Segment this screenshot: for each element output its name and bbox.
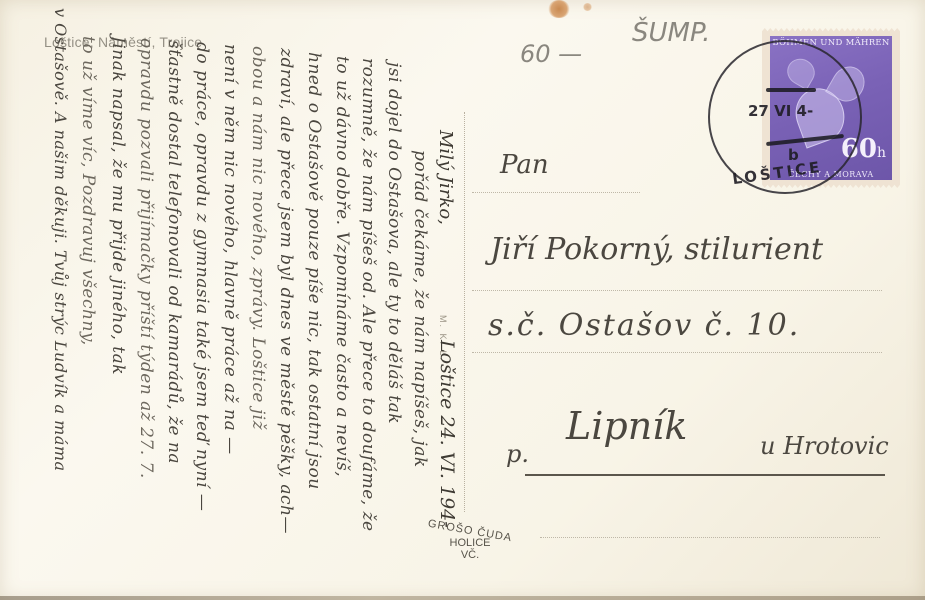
letter-line: do práce, opravdu z gymnasia také jsem t…	[192, 42, 212, 511]
town-underline	[525, 474, 885, 476]
publisher-imprint: GROŠO ČUDA HOLICE VČ.	[420, 525, 520, 561]
letter-line: zdraví, ale přece jsem byl dnes ve městě…	[276, 48, 296, 534]
letter-line: jsi dojel do Ostašova, ale ty to děláš t…	[384, 62, 404, 424]
letter-line: v Ostašově. A našim děkuji. Tvůj strýc L…	[51, 8, 70, 472]
cancel-bar	[766, 134, 844, 146]
letter-line: šťastně dostal telefonovali od kamarádů,…	[164, 40, 184, 464]
pencil-price-note: 60 —	[520, 40, 582, 68]
letter-line: opravdu pozvali přijímačky příští týden …	[136, 38, 156, 479]
card-edge	[0, 596, 925, 600]
address-line-2	[472, 290, 882, 291]
address-post-prefix: p.	[506, 440, 529, 468]
address-region: u Hrotovic	[760, 432, 889, 460]
letter-line: hned o Ostašově pouze píše nic, tak osta…	[304, 52, 324, 490]
address-name: Jiří Pokorný, stilurient	[490, 232, 823, 267]
pencil-code-note: ŠUMP.	[632, 18, 710, 48]
cancel-bar	[766, 88, 816, 92]
letter-date-place: Loštice 24. VI. 194-	[436, 340, 458, 528]
postcard-caption: Loštice, Náměstí, Trojice	[44, 34, 202, 50]
address-salutation: Pan	[500, 150, 549, 180]
address-town: Lipník	[566, 404, 687, 448]
postmark: 27 VI 4- b LOŠTICE	[708, 40, 862, 194]
letter-salutation: Milý Jirko,	[435, 130, 456, 225]
letter-line: pořád čekáme, že nám napíšeš, jak	[410, 150, 430, 468]
letter-line: není v něm nic nového, hlavně práce až n…	[220, 44, 240, 455]
letter-line: to už dávno dobře. Vzpomínáme často a ne…	[332, 56, 352, 477]
postcard-back: pořád čekáme, že nám napíšeš, jak jsi do…	[0, 0, 925, 600]
postmark-town: LOŠTICE	[731, 158, 823, 188]
letter-line: Jinak napsal, že mu přijde jiného, tak	[108, 36, 128, 375]
rust-stain-small	[583, 3, 592, 11]
letter-line: obou a nám nic nového, zprávy. Loštice j…	[248, 46, 268, 430]
address-line-1	[472, 192, 640, 193]
series-mark: M. K. L.	[438, 315, 448, 362]
address-line-4	[540, 537, 880, 538]
letter-line: to už víme víc, Pozdravuj všechny,	[78, 36, 98, 346]
rust-stain	[548, 0, 570, 18]
letter-line: rozumně, že nám píšeš od. Ale přece to d…	[358, 58, 378, 532]
handwritten-letter: pořád čekáme, že nám napíšeš, jak jsi do…	[0, 0, 470, 600]
postmark-date: 27 VI 4-	[748, 102, 813, 120]
center-divider	[464, 112, 465, 512]
imprint-line-3: VČ.	[420, 549, 520, 561]
stamp-currency: h	[877, 145, 886, 161]
address-street: s.č. Ostašov č. 10.	[488, 308, 800, 343]
address-line-3	[472, 352, 882, 353]
